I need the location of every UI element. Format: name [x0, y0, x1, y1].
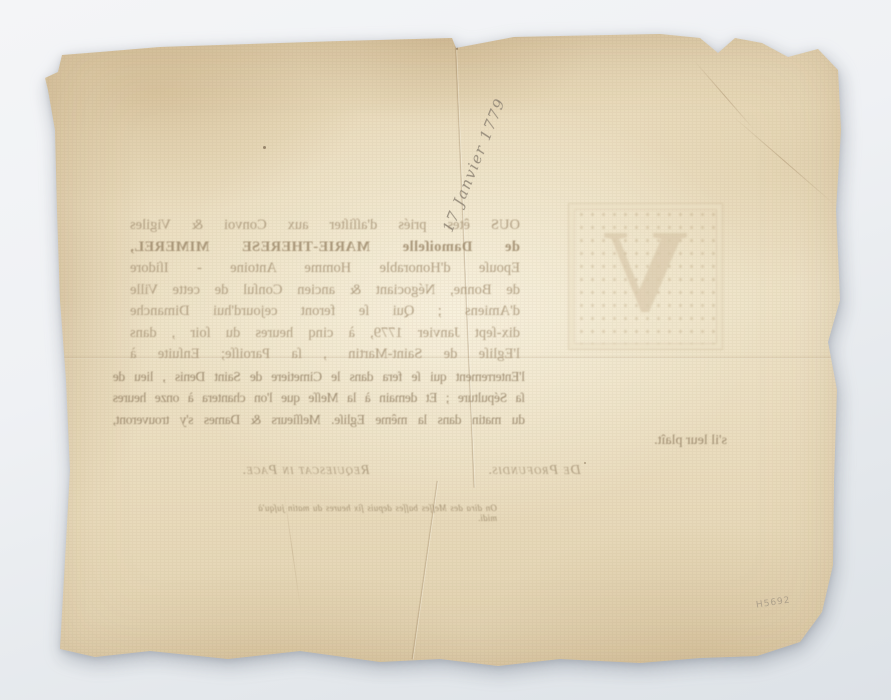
- printed-line: de Damoiſelle MARIE-THERESE MIMEREL,: [130, 237, 520, 258]
- edge-speck: [296, 658, 300, 662]
- printed-line: ſa Sépulture ; Et demain à la Meſſe que …: [113, 387, 525, 408]
- document-paper-verso: V OUS êtes priés d'aſſiſter aux Convoi &…: [44, 26, 844, 668]
- printed-line: de Bonne, Négociant & ancien Conſul de c…: [130, 280, 520, 301]
- printed-line: l'Egliſe de Saint-Martin , ſa Paroiſſe; …: [130, 344, 520, 365]
- de-profundis-text: De Profundis.: [478, 463, 590, 479]
- mirrored-printed-text-block: V OUS êtes priés d'aſſiſter aux Convoi &…: [115, 26, 735, 586]
- ink-speck: [456, 47, 458, 50]
- photo-stage: V OUS êtes priés d'aſſiſter aux Convoi &…: [0, 0, 891, 700]
- printed-line: l'Enterrement qui ſe fera dans le Cimeti…: [113, 366, 525, 387]
- printed-line: Epouſe d'Honorable Homme Antoine - Iſido…: [130, 258, 520, 279]
- printed-line: d'Amiens ; Qui ſe feront cejourd'hui Dim…: [130, 301, 520, 322]
- paper-shadow: V OUS êtes priés d'aſſiſter aux Convoi &…: [0, 0, 891, 700]
- printed-line: du matin dans la même Egliſe. Meſſieurs …: [113, 409, 525, 430]
- woodcut-initial-letter: V: [569, 198, 722, 343]
- printed-line: dix-ſept Janvier 1779, à cinq heures du …: [130, 323, 520, 344]
- masses-footer-line: On dira des Meſſes baſſes depuis ſix heu…: [258, 503, 497, 523]
- ink-speck: [263, 146, 266, 149]
- requiescat-text: Requiescat in Pace.: [228, 463, 383, 479]
- printed-line: s'il leur plaît.: [597, 430, 727, 451]
- woodcut-initial-block: V: [568, 203, 723, 350]
- ink-speck: [584, 462, 586, 464]
